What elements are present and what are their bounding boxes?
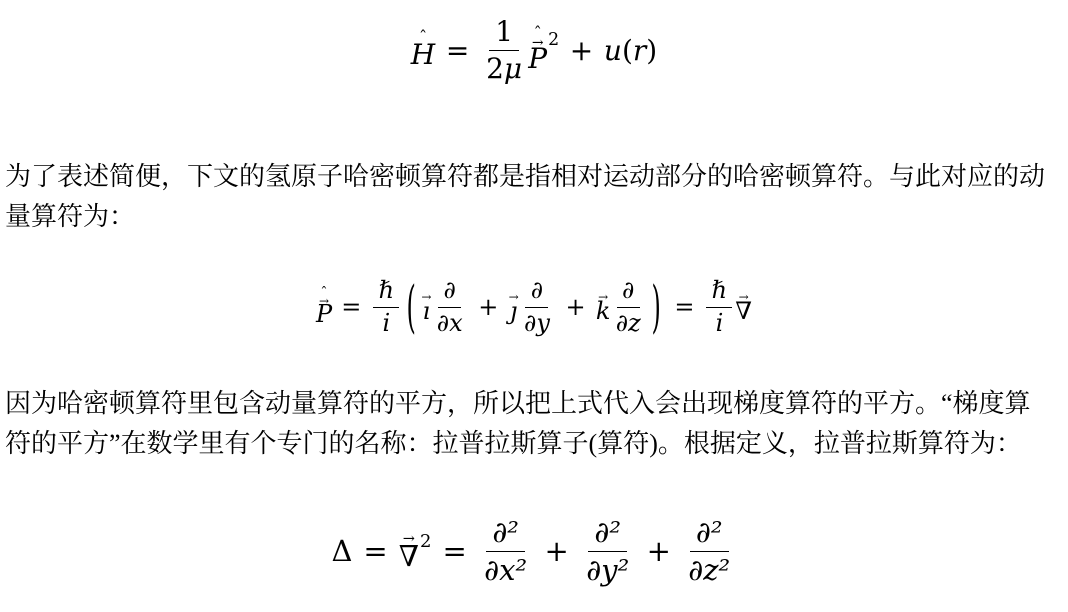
term-k-partial-z: → k ∂ ∂z [596,277,646,337]
numerator: ∂ [617,277,640,308]
numerator: ∂ [438,277,461,308]
numerator: ∂ [525,277,548,308]
plus-sign: + [570,34,593,67]
fraction-hbar-over-i: ℏ i [706,277,732,337]
equals-sign: = [674,293,694,321]
symbol-mu: μ [504,52,522,85]
p-vector-hat: ˆ → P [316,288,332,328]
fraction-partial-z: ∂ ∂z [613,277,643,337]
denominator: ∂x [434,308,465,338]
k-unit-vector: → k [596,291,611,324]
plus-sign: + [545,534,569,568]
numerator: 1 [489,16,519,51]
symbol-u: u [604,34,622,67]
equals-sign: = [446,34,469,67]
plus-sign: + [647,534,671,568]
fraction-partial2-y2: ∂² ∂y² [583,516,632,588]
i-unit-vector: → ı [421,291,431,324]
symbol-nabla: ∇ [399,541,419,571]
left-paren: ( [622,34,633,67]
symbol-H: H [411,40,435,69]
symbol-nabla: ∇ [735,299,752,324]
equals-sign: = [341,293,361,321]
nabla-vector: → ∇ [735,291,752,324]
numerator: ∂² [486,516,525,552]
paragraph-1-line-2: 量算符为： [5,197,1063,237]
denominator: ∂x² [481,552,530,587]
symbol-i: i [380,308,392,338]
paragraph-2-line-1: 因为哈密顿算符里包含动量算符的平方，所以把上式代入会出现梯度算符的平方。“梯度算 [5,384,1063,424]
symbol-k: k [596,299,611,324]
right-paren: ) [646,34,657,67]
denominator: 2μ [483,51,525,85]
term-j-partial-y: → ȷ ∂ ∂y [509,277,556,337]
j-unit-vector: → ȷ [509,291,519,324]
equals-sign: = [363,534,387,568]
fraction-hbar-over-i: ℏ i [373,277,399,337]
denominator: ∂z [613,308,643,338]
formula-laplacian: Δ = → ∇ 2 = ∂² ∂x² + ∂² ∂y² + ∂² ∂z² [0,516,1068,588]
fraction-partial2-x2: ∂² ∂x² [481,516,530,588]
nabla-vector: → ∇ [399,532,419,571]
paragraph-2: 因为哈密顿算符里包含动量算符的平方，所以把上式代入会出现梯度算符的平方。“梯度算… [0,384,1068,464]
document-page: ˆ H = 1 2μ ˆ → P 2 + u(r) 为了表述简便，下文的氢原子哈… [0,0,1068,612]
fraction-partial-y: ∂ ∂y [522,277,553,337]
digit-two: 2 [486,52,504,85]
equals-sign: = [442,534,466,568]
symbol-r: r [633,34,646,67]
symbol-i: i [713,308,725,338]
paragraph-1-line-1: 为了表述简便，下文的氢原子哈密顿算符都是指相对运动部分的哈密顿算符。与此对应的动 [5,157,1063,197]
symbol-j-dotless: ȷ [510,299,517,324]
symbol-hbar: ℏ [706,277,732,308]
p-vector-hat: ˆ → P [528,28,547,74]
denominator: ∂y [522,308,553,338]
symbol-P: P [528,44,547,73]
paragraph-1: 为了表述简便，下文的氢原子哈密顿算符都是指相对运动部分的哈密顿算符。与此对应的动… [0,157,1068,237]
momentum-operator-squared: ˆ → P 2 [528,28,559,74]
denominator: ∂z² [685,552,733,587]
formula-hamiltonian: ˆ H = 1 2μ ˆ → P 2 + u(r) [0,16,1068,85]
symbol-i-dotless: ı [423,299,431,324]
plus-sign: + [565,293,585,321]
term-i-partial-x: → ı ∂ ∂x [421,277,468,337]
numerator: ∂² [690,516,729,552]
hamiltonian-operator-H-hat: ˆ H [411,32,435,69]
formula-momentum: ˆ → P = ℏ i ( → ı ∂ ∂x + → ȷ [0,277,1068,337]
big-right-paren: ) [652,275,661,341]
denominator: ∂y² [583,552,632,587]
fraction-partial-x: ∂ ∂x [434,277,465,337]
big-left-paren: ( [406,275,415,341]
nabla-squared: → ∇ 2 [399,532,432,571]
numerator: ∂² [588,516,627,552]
superscript-two: 2 [420,533,431,551]
plus-sign: + [478,293,498,321]
symbol-delta: Δ [331,534,352,568]
paragraph-2-line-2: 符的平方”在数学里有个专门的名称：拉普拉斯算子(算符)。根据定义，拉普拉斯算符为… [5,424,1063,464]
superscript-two: 2 [548,32,559,49]
symbol-hbar: ℏ [373,277,399,308]
fraction-one-over-two-mu: 1 2μ [483,16,525,85]
symbol-P: P [316,302,332,327]
fraction-partial2-z2: ∂² ∂z² [685,516,733,588]
